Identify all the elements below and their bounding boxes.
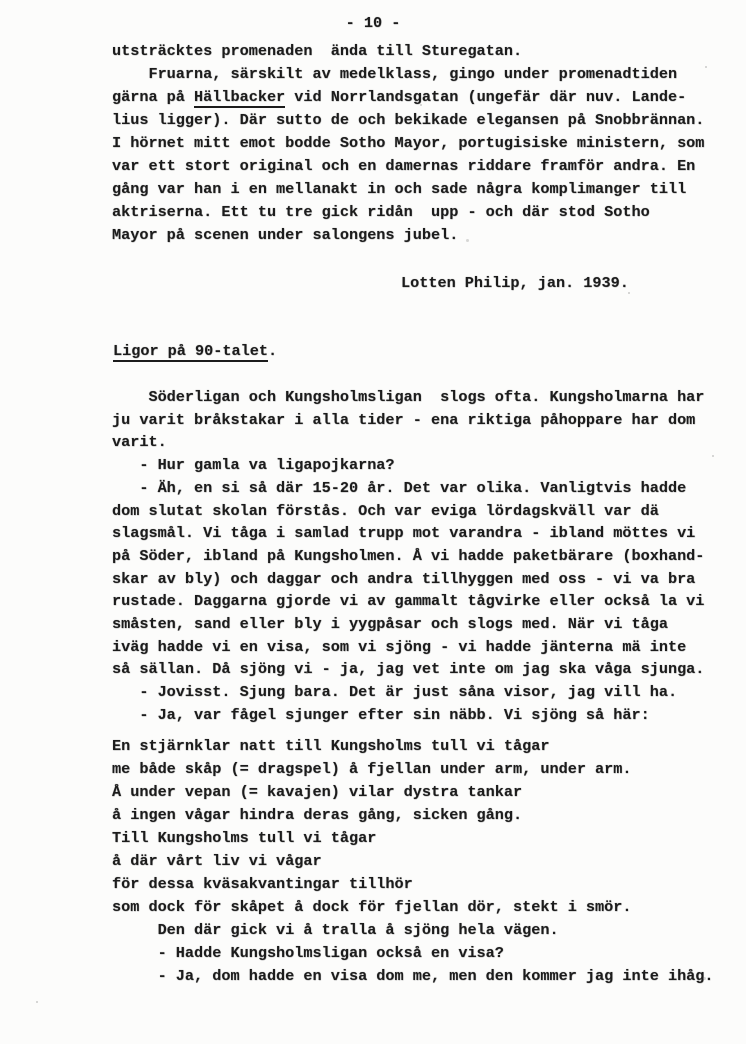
text-line: rustade. Daggarna gjorde vi av gammalt t… xyxy=(112,590,704,613)
paragraph-interview: Söderligan och Kungsholmsligan slogs oft… xyxy=(112,386,704,727)
text-line: Lotten Philip, jan. 1939. xyxy=(401,272,629,295)
text-line: dom slutat skolan förstås. Och var eviga… xyxy=(112,500,704,523)
verse-line: Till Kungsholms tull vi tågar xyxy=(112,827,714,850)
verse-line: för dessa kväsakvantingar tillhör xyxy=(112,873,714,896)
paragraph-promenade: utsträcktes promenaden ända till Sturega… xyxy=(112,40,704,247)
text-line: lius ligger). Där sutto de och bekikade … xyxy=(112,109,704,132)
text-line: - Äh, en si så där 15-20 år. Det var oli… xyxy=(112,477,704,500)
text-line: var ett stort original och en damernas r… xyxy=(112,155,704,178)
verse-line: Å under vepan (= kavajen) vilar dystra t… xyxy=(112,781,714,804)
text-line: slagsmål. Vi tåga i samlad trupp mot var… xyxy=(112,522,704,545)
section-heading: Ligor på 90-talet. xyxy=(113,340,277,363)
signature-line: Lotten Philip, jan. 1939. xyxy=(401,272,629,295)
scan-speckle xyxy=(420,104,422,106)
text-line: utsträcktes promenaden ända till Sturega… xyxy=(112,40,704,63)
scan-speckle xyxy=(705,66,707,68)
heading-line: Ligor på 90-talet. xyxy=(113,340,277,363)
scan-speckle xyxy=(466,239,469,242)
text-line: iväg hadde vi en visa, som vi sjöng - vi… xyxy=(112,636,704,659)
text-segment: vid Norrlandsgatan (ungefär där nuv. Lan… xyxy=(285,88,686,106)
song-verse: En stjärnklar natt till Kungsholms tull … xyxy=(112,735,714,988)
text-line: Mayor på scenen under salongens jubel. xyxy=(112,224,704,247)
text-line: skar av bly) och daggar och andra tillhy… xyxy=(112,568,704,591)
text-line: - Jovisst. Sjung bara. Det är just såna … xyxy=(112,681,704,704)
heading-period: . xyxy=(268,342,277,360)
text-line: på Söder, ibland på Kungsholmen. Å vi ha… xyxy=(112,545,704,568)
verse-line: En stjärnklar natt till Kungsholms tull … xyxy=(112,735,714,758)
page-number: - 10 - xyxy=(0,13,746,33)
underlined-word-hallbacker: Hällbacker xyxy=(194,88,285,108)
scan-speckle xyxy=(628,292,630,294)
verse-line: å där vårt liv vi vågar xyxy=(112,850,714,873)
text-line: så sällan. Då sjöng vi - ja, jag vet int… xyxy=(112,658,704,681)
text-line: ju varit bråkstakar i alla tider - ena r… xyxy=(112,409,704,432)
text-line: - Ja, var fågel sjunger efter sin näbb. … xyxy=(112,704,704,727)
text-line: Söderligan och Kungsholmsligan slogs oft… xyxy=(112,386,704,409)
verse-line: Den där gick vi å tralla å sjöng hela vä… xyxy=(112,919,714,942)
text-line: aktriserna. Ett tu tre gick ridån upp - … xyxy=(112,201,704,224)
text-line: - Hur gamla va ligapojkarna? xyxy=(112,454,704,477)
text-line: Fruarna, särskilt av medelklass, gingo u… xyxy=(112,63,704,86)
text-line: gärna på Hällbacker vid Norrlandsgatan (… xyxy=(112,86,704,109)
verse-line: - Ja, dom hadde en visa dom me, men den … xyxy=(112,965,714,988)
text-line: gång var han i en mellanakt in och sade … xyxy=(112,178,704,201)
scan-speckle xyxy=(306,672,308,674)
verse-line: me både skåp (= dragspel) å fjellan unde… xyxy=(112,758,714,781)
verse-line: som dock för skåpet å dock för fjellan d… xyxy=(112,896,714,919)
text-segment: gärna på xyxy=(112,88,194,106)
verse-line: - Hadde Kungsholmsligan också en visa? xyxy=(112,942,714,965)
text-line: varit. xyxy=(112,431,704,454)
text-line: småsten, sand eller bly i yygpåsar och s… xyxy=(112,613,704,636)
scan-speckle xyxy=(712,455,714,457)
scan-speckle xyxy=(36,1001,38,1003)
scan-speckle xyxy=(703,977,706,980)
verse-line: å ingen vågar hindra deras gång, sicken … xyxy=(112,804,714,827)
heading-underlined-text: Ligor på 90-talet xyxy=(113,342,268,362)
text-line: I hörnet mitt emot bodde Sotho Mayor, po… xyxy=(112,132,704,155)
scanned-typewritten-page: - 10 - utsträcktes promenaden ända till … xyxy=(0,0,746,1044)
